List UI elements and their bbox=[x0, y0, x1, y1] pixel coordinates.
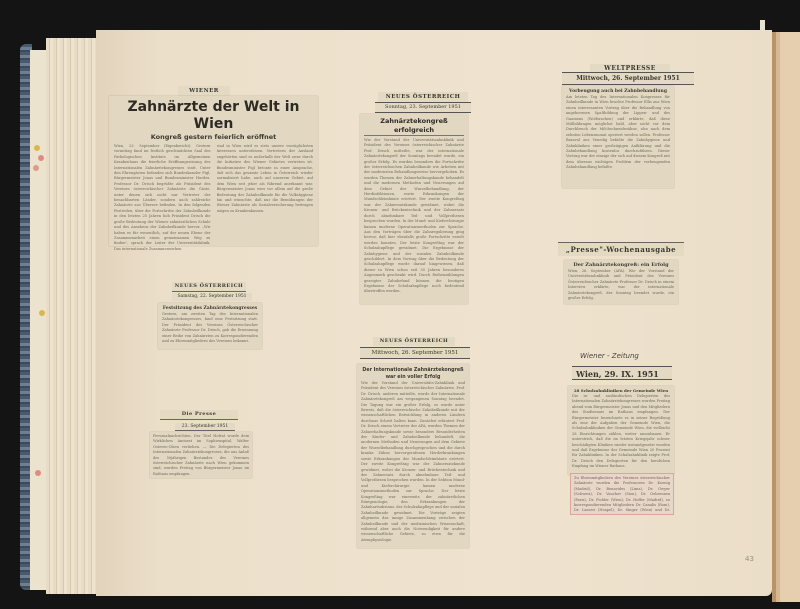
article-body: Am letzten Tag des Internationalen Kongr… bbox=[566, 95, 670, 185]
dateline: Samstag, 22. September 1951 bbox=[172, 293, 252, 301]
article-body: Wie der Vorstand der Universitätszahnkli… bbox=[364, 138, 464, 308]
masthead-die-presse: Die Presse bbox=[160, 410, 238, 420]
dateline: Wien, 29. IX. 1951 bbox=[572, 366, 672, 380]
article-body-col1: Wien, 23. September (Eigenbericht). Gest… bbox=[114, 144, 211, 256]
flower-ornament bbox=[33, 165, 39, 171]
flower-ornament bbox=[34, 145, 40, 151]
clipping-neues-oesterreich-saturday: Festsitzung des Zahnärztekongresses Gest… bbox=[158, 303, 262, 349]
scrapbook-album: WIENER KURIER Zahnärzte der Welt in Wien… bbox=[0, 0, 800, 609]
clipping-weltpresse: Vorbeugung auch bei Zahnbehandlung Am le… bbox=[562, 86, 674, 188]
article-body: Zu Ehrenmitgliedern des Vereines österre… bbox=[574, 476, 670, 514]
dateline: Mittwoch, 26. September 1951 bbox=[360, 347, 470, 359]
flower-ornament bbox=[38, 155, 44, 161]
article-body: Wien, 26. September (APA). Wie der Vorst… bbox=[568, 269, 674, 303]
article-body: Gestern, am zweiten Tag des Internationa… bbox=[162, 312, 258, 348]
headline: Der Internationale Zahnärztekongreß war … bbox=[361, 367, 465, 381]
clipping-presse-wochenausgabe: Der Zahnärztekongreß: ein Erfolg Wien, 2… bbox=[564, 260, 678, 304]
page-number: 43 bbox=[745, 555, 754, 563]
flower-ornament bbox=[39, 310, 45, 316]
article-body: Wie der Vorstand der Universitäts-Zahnkl… bbox=[361, 381, 465, 543]
headline: Der Zahnärztekongreß: ein Erfolg bbox=[568, 262, 674, 269]
masthead-neues-oesterreich: NEUES ÖSTERREICH bbox=[373, 337, 455, 346]
headline: Vorbeugung auch bei Zahnbehandlung bbox=[566, 88, 670, 95]
flower-ornament bbox=[35, 470, 41, 476]
article-body-col2: sind in Wien wird es stets unsere vorzüg… bbox=[217, 144, 314, 256]
dateline: Sonntag, 23. September 1951 bbox=[375, 102, 471, 113]
clipping-wiener-kurier: Zahnärzte der Welt in Wien Kongreß geste… bbox=[109, 96, 318, 246]
clipping-neues-oesterreich-sunday: Zahnärztekongreß erfolgreich Wie der Vor… bbox=[360, 114, 468, 304]
clipping-neues-oesterreich-wednesday: Der Internationale Zahnärztekongreß war … bbox=[357, 364, 469, 548]
handwritten-source-label: Wiener - Zeitung bbox=[580, 352, 639, 360]
dateline: Mittwoch, 26. September 1951 bbox=[562, 72, 694, 85]
masthead-neues-oesterreich: NEUES ÖSTERREICH bbox=[378, 92, 468, 102]
masthead-presse-wochenausgabe: „Presse"-Wochenausgabe bbox=[558, 242, 684, 256]
article-body: Personalnachrichten. Der Titel Hofrat wu… bbox=[153, 434, 249, 476]
subheadline: Kongreß gestern feierlich eröffnet bbox=[114, 133, 313, 142]
headline: Zahnärztekongreß erfolgreich bbox=[364, 117, 464, 136]
facing-page-edge[interactable] bbox=[772, 32, 800, 602]
masthead-neues-oesterreich: NEUES ÖSTERREICH bbox=[172, 282, 246, 292]
headline: Zahnärzte der Welt in Wien bbox=[114, 99, 313, 133]
clipping-wiener-zeitung: 28 Schulzahnkliniken der Gemeinde Wien D… bbox=[568, 386, 674, 475]
headline: Festsitzung des Zahnärztekongresses bbox=[162, 305, 258, 312]
clipping-honorary-members-note: Zu Ehrenmitgliedern des Vereines österre… bbox=[570, 473, 674, 515]
article-body: Die in- und ausländischen Delegierten de… bbox=[572, 394, 670, 472]
clipping-die-presse: Personalnachrichten. Der Titel Hofrat wu… bbox=[150, 432, 252, 478]
dateline: 23. September 1951 bbox=[175, 423, 235, 431]
